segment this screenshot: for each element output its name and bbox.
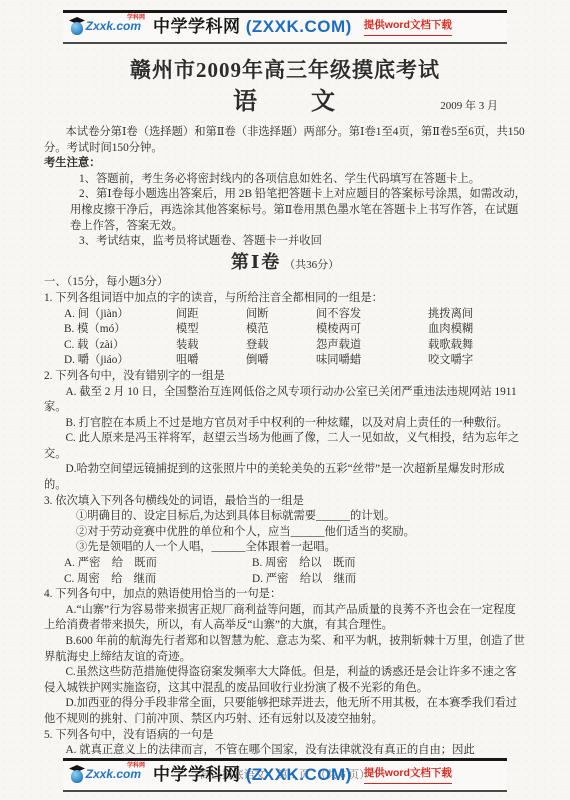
choice-cell: B. 周密 给以 既而 <box>252 556 526 572</box>
choice-grid: A. 严密 给 既而 B. 周密 给以 既而 C. 周密 给 继而 D. 严密 … <box>44 556 526 587</box>
site-name: 中学学科网 <box>153 17 241 36</box>
option-lead: B. 模（mó） <box>64 322 176 338</box>
pinyin-option-row: A. 间（jiàn） 间距 间断 间不容发 挑拨离间 <box>44 307 526 323</box>
site-name: 中学学科网 <box>153 765 241 784</box>
word-cell: 咀嚼 <box>176 353 246 369</box>
word-cell: 载歌载舞 <box>428 338 526 354</box>
blank-subitem: ②对于劳动竞赛中优胜的单位和个人，应当______他们适当的奖励。 <box>44 525 526 541</box>
word-cell: 间距 <box>176 307 246 323</box>
question-stem: 5. 下列各句中，没有语病的一句是 <box>44 728 526 744</box>
word-cell: 挑拨离间 <box>428 307 526 323</box>
intro-paragraph: 本试卷分第Ⅰ卷（选择题）和第Ⅱ卷（非选择题）两部分。第Ⅰ卷1至4页，第Ⅱ卷5至6… <box>44 125 526 156</box>
question-stem: 4. 下列各句中，加点的熟语使用恰当的一句是： <box>44 587 526 603</box>
graduation-cap-mascot-icon <box>69 17 83 37</box>
mascot-head-icon <box>71 22 83 35</box>
exam-date: 2009 年 3 月 <box>440 99 498 115</box>
option-lead: C. 载（zài） <box>64 338 176 354</box>
subject-title: 语 文 <box>233 89 337 115</box>
choice-cell: A. 严密 给 既而 <box>64 556 252 572</box>
scanned-exam-page: Zxxk.com 学科网 中学学科网 (ZXXK.COM) 提供word文档下载… <box>0 0 570 800</box>
zxxk-logo-text: Zxxk.com <box>86 767 141 783</box>
site-title: 中学学科网 (ZXXK.COM) <box>153 19 352 35</box>
option-paragraph: A.“山寨”行为容易带来损害正规厂商利益等问题，而其产品质量的良莠不齐也会在一定… <box>44 603 526 634</box>
option-paragraph: B.600 年前的航海先行者郑和以智慧为舵、意志为桨、和平为帆，披荆斩棘十万里，… <box>44 634 526 665</box>
choice-cell: D. 严密 给以 继而 <box>252 572 526 588</box>
subject-row: 语 文 2009 年 3 月 <box>0 86 570 118</box>
site-title: 中学学科网 (ZXXK.COM) <box>153 767 352 783</box>
word-download-link[interactable]: 提供word文档下载 <box>364 18 452 36</box>
word-cell: 模型 <box>176 322 246 338</box>
word-cell: 咬文嚼字 <box>428 353 526 369</box>
zxxk-logo[interactable]: Zxxk.com 学科网 <box>69 17 141 37</box>
word-cell: 间断 <box>246 307 316 323</box>
notice-title: 考生注意： <box>44 156 526 172</box>
blank-subitem: ①明确目的、设定目标后,为达到具体目标就需要______的计划。 <box>44 509 526 525</box>
notice-item: 2、第Ⅰ卷每小题选出答案后，用 2B 铅笔把答题卡上对应题目的答案标号涂黑，如需… <box>44 187 526 234</box>
site-domain: (ZXXK.COM) <box>246 765 352 784</box>
pinyin-option-row: B. 模（mó） 模型 模范 模棱两可 血肉模糊 <box>44 322 526 338</box>
option-paragraph: D.加西亚的得分手段非常全面，只要能够把球弄进去，他无所不用其极，在本赛季我们看… <box>44 696 526 727</box>
option-lead: A. 间（jiàn） <box>64 307 176 323</box>
notice-item: 3、考试结束，监考员将试题卷、答题卡一并收回 <box>44 234 526 250</box>
word-cell: 倒嚼 <box>246 353 316 369</box>
option-paragraph: A. 截至 2 月 10 日，全国整治互连网低俗之风专项行动办公室已关闭严重违法… <box>44 385 526 416</box>
section-score: （共36分） <box>284 259 339 271</box>
mascot-head-icon <box>71 770 83 783</box>
zxxk-logo-tagline: 学科网 <box>127 763 145 769</box>
word-download-link[interactable]: 提供word文档下载 <box>364 766 452 784</box>
word-cell: 怨声载道 <box>316 338 428 354</box>
word-cell: 模棱两可 <box>316 322 428 338</box>
word-cell: 装载 <box>176 338 246 354</box>
option-paragraph: C.虽然这些防范措施使得盗窃案发频率大大降低。但是，利益的诱惑还是会让许多不速之… <box>44 665 526 696</box>
option-paragraph: C. 此人原来是冯玉祥将军，赵望云当场为他画了像，二人一见如故，义气相投，结为忘… <box>44 431 526 462</box>
graduation-cap-mascot-icon <box>69 765 83 785</box>
option-lead: D. 嚼（jiáo） <box>64 353 176 369</box>
zxxk-logo[interactable]: Zxxk.com 学科网 <box>69 765 141 785</box>
question-stem: 2. 下列各句中，没有错别字的一组是 <box>44 369 526 385</box>
section-title: 第Ⅰ卷 <box>231 252 281 272</box>
zxxk-header-banner: Zxxk.com 学科网 中学学科网 (ZXXK.COM) 提供word文档下载 <box>63 10 507 44</box>
option-paragraph: D.哈勃空间望远镜捕捉到的这张照片中的美轮美奂的五彩“丝带”是一次超新星爆发时形… <box>44 462 526 493</box>
zxxk-logo-text: Zxxk.com <box>86 19 141 35</box>
zxxk-logo-tagline: 学科网 <box>127 15 145 21</box>
pinyin-option-row: D. 嚼（jiáo） 咀嚼 倒嚼 味同嚼蜡 咬文嚼字 <box>44 353 526 369</box>
site-domain: (ZXXK.COM) <box>246 17 352 36</box>
question-stem: 1. 下列各组词语中加点的字的读音，与所给注音全都相同的一组是： <box>44 291 526 307</box>
choice-cell: C. 周密 给 继而 <box>64 572 252 588</box>
option-paragraph: B. 打官腔在本质上不过是地方官员对手中权利的一种炫耀，以及对肩上责任的一种敷衍… <box>44 416 526 432</box>
exam-title: 赣州市2009年高三年级摸底考试 <box>0 57 570 83</box>
pinyin-option-row: C. 载（zài） 装载 登载 怨声载道 载歌载舞 <box>44 338 526 354</box>
word-cell: 血肉模糊 <box>428 322 526 338</box>
blank-subitem: ③先是领唱的人一个人唱，______全体跟着一起唱。 <box>44 540 526 556</box>
part-heading: 一、（15分，每小题3分） <box>44 275 526 291</box>
zxxk-footer-banner: Zxxk.com 学科网 中学学科网 (ZXXK.COM) 提供word文档下载 <box>63 758 507 792</box>
option-paragraph: A. 就真正意义上的法律而言，不管在哪个国家，没有法律就没有真正的自由；因此 <box>44 743 526 759</box>
word-cell: 间不容发 <box>316 307 428 323</box>
word-cell: 模范 <box>246 322 316 338</box>
section-heading: 第Ⅰ卷 （共36分） <box>44 255 526 274</box>
notice-item: 1、答题前，考生务必将密封线内的各项信息如姓名、学生代码填写在答题卡上。 <box>44 172 526 188</box>
word-cell: 味同嚼蜡 <box>316 353 428 369</box>
question-stem: 3. 依次填入下列各句横线处的词语，最恰当的一组是 <box>44 494 526 510</box>
word-cell: 登载 <box>246 338 316 354</box>
exam-body: 本试卷分第Ⅰ卷（选择题）和第Ⅱ卷（非选择题）两部分。第Ⅰ卷1至4页，第Ⅱ卷5至6… <box>44 125 526 783</box>
